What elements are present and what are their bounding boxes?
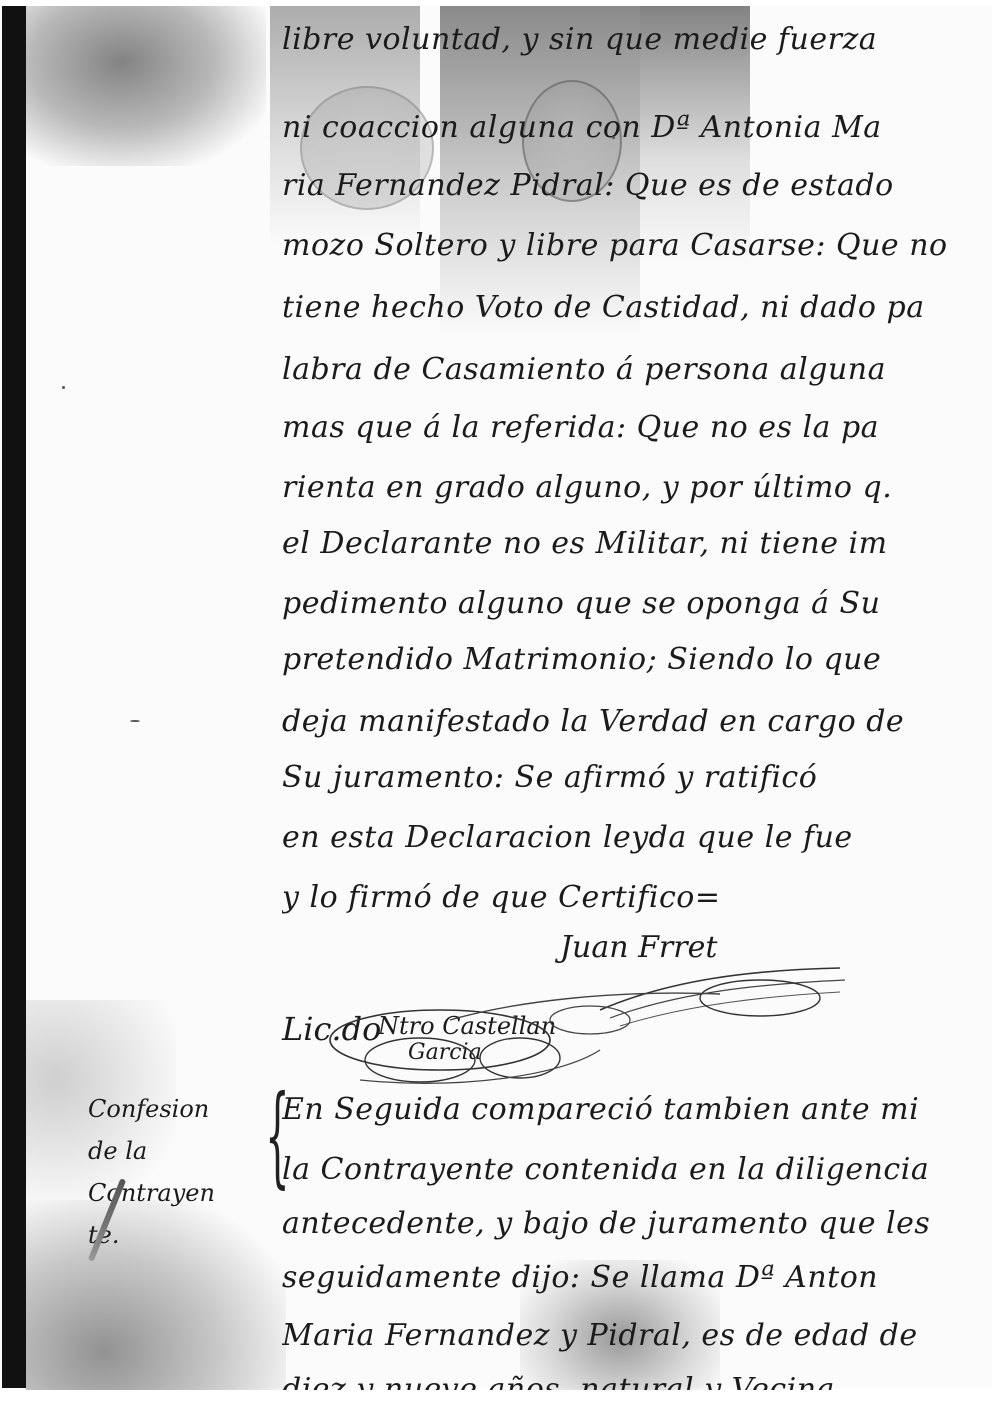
margin-note-line: Confesion — [88, 1088, 268, 1130]
manuscript-line: el Declarante no es Militar, ni tiene im — [282, 526, 972, 561]
signature-flourish-icon — [300, 980, 740, 1090]
manuscript-line: Maria Fernandez y Pidral, es de edad de — [282, 1318, 972, 1353]
manuscript-line: En Seguida compareció tambien ante mi — [282, 1092, 972, 1127]
scan-smudge — [26, 6, 266, 166]
manuscript-line: ni coaccion alguna con Dª Antonia Ma — [282, 110, 972, 145]
manuscript-line: pretendido Matrimonio; Siendo lo que — [282, 642, 972, 677]
manuscript-page: libre voluntad, y sin que medie fuerza n… — [0, 0, 992, 1403]
manuscript-line: la Contrayente contenida en la diligenci… — [282, 1152, 972, 1187]
manuscript-line: y lo firmó de que Certifico= — [282, 880, 972, 915]
manuscript-line: Su juramento: Se afirmó y ratificó — [282, 760, 972, 795]
binding-shadow — [2, 6, 26, 1388]
manuscript-line: deja manifestado la Verdad en cargo de — [282, 704, 972, 739]
manuscript-line: en esta Declaracion leyda que le fue — [282, 820, 972, 855]
margin-note-line: te. — [88, 1214, 268, 1256]
manuscript-line: tiene hecho Voto de Castidad, ni dado pa — [282, 290, 972, 325]
manuscript-line-cut: diez y nueve años, natural y Vecina — [282, 1372, 972, 1390]
scan-speck — [130, 720, 140, 722]
scan-speck — [612, 136, 615, 139]
manuscript-line: labra de Casamiento á persona alguna — [282, 352, 972, 387]
scan-speck — [62, 386, 65, 389]
scan-top-margin — [0, 0, 992, 6]
manuscript-line: pedimento alguno que se oponga á Su — [282, 586, 972, 621]
manuscript-line: rienta en grado alguno, y por último q. — [282, 470, 972, 505]
curly-brace-icon: { — [265, 1080, 273, 1200]
manuscript-line: ria Fernandez Pidral: Que es de estado — [282, 168, 972, 203]
manuscript-line: libre voluntad, y sin que medie fuerza — [282, 22, 972, 57]
margin-note: Confesion de la Contrayen te. — [88, 1088, 268, 1256]
manuscript-line: mas que á la referida: Que no es la pa — [282, 410, 972, 445]
scan-bottom-margin — [0, 1388, 992, 1403]
manuscript-line: antecedente, y bajo de juramento que les — [282, 1206, 972, 1241]
manuscript-line: mozo Soltero y libre para Casarse: Que n… — [282, 228, 972, 263]
manuscript-line: seguidamente dijo: Se llama Dª Anton — [282, 1260, 972, 1295]
